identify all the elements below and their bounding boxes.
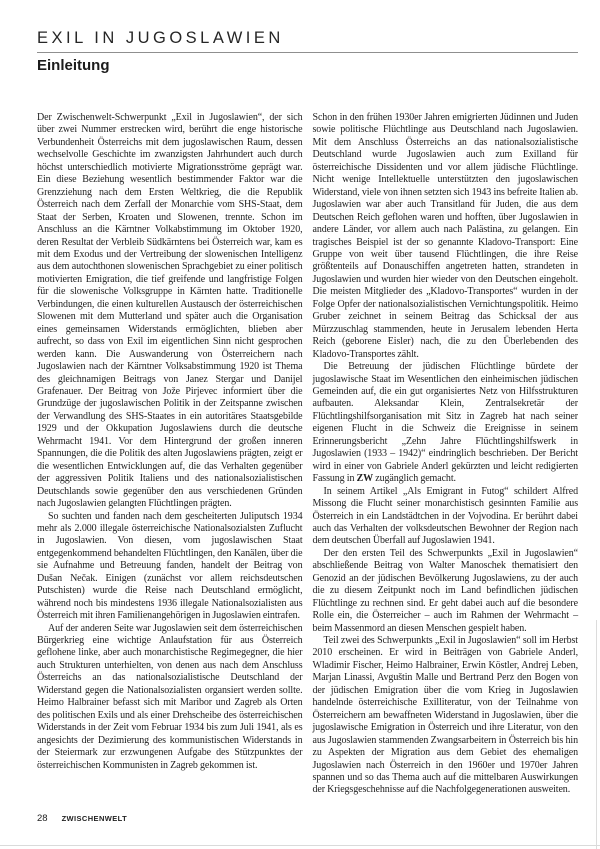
paragraph: Der Zwischenwelt-Schwerpunkt „Exil in Ju… [37,112,303,511]
paragraph: Auf der anderen Seite war Jugoslawien se… [37,623,303,772]
magazine-page: EXIL IN JUGOSLAWIEN Einleitung Der Zwisc… [0,0,600,849]
paragraph-text: Auf der anderen Seite war Jugoslawien se… [37,623,303,771]
paragraph-text: In seinem Artikel „Als Emigrant in Futog… [313,486,579,547]
journal-name: ZWISCHENWELT [62,814,128,823]
paragraph-text-bold: ZW [357,473,373,484]
page-footer: 28 ZWISCHENWELT [37,813,127,824]
paragraph: Der den ersten Teil des Schwerpunkts „Ex… [313,548,579,635]
paragraph-text: Schon in den frühen 1930er Jahren emigri… [313,112,579,360]
paragraph-text: So suchten und fanden nach dem gescheite… [37,511,303,622]
scan-edge-bottom [0,845,600,846]
left-column: Der Zwischenwelt-Schwerpunkt „Exil in Ju… [37,112,303,797]
paragraph: In seinem Artikel „Als Emigrant in Futog… [313,486,579,548]
paragraph-text: Der den ersten Teil des Schwerpunkts „Ex… [313,548,579,634]
paragraph: Die Betreuung der jüdischen Flüchtlinge … [313,361,579,486]
paragraph-text: Der Zwischenwelt-Schwerpunkt „Exil in Ju… [37,112,303,509]
header-rule [37,52,578,53]
paragraph-text: Teil zwei des Schwerpunkts „Exil in Jugo… [313,635,579,795]
article-body: Der Zwischenwelt-Schwerpunkt „Exil in Ju… [37,112,578,797]
right-column: Schon in den frühen 1930er Jahren emigri… [313,112,579,797]
paragraph: Schon in den frühen 1930er Jahren emigri… [313,112,579,361]
paragraph: So suchten und fanden nach dem gescheite… [37,511,303,623]
article-title: Einleitung [37,58,578,75]
page-number: 28 [37,813,48,824]
page-header: EXIL IN JUGOSLAWIEN Einleitung [37,30,578,74]
scan-edge-right [596,620,597,849]
paragraph-text: Die Betreuung der jüdischen Flüchtlinge … [313,361,579,484]
section-title: EXIL IN JUGOSLAWIEN [37,30,578,47]
paragraph: Teil zwei des Schwerpunkts „Exil in Jugo… [313,635,579,797]
paragraph-text: zugänglich gemacht. [373,473,456,484]
